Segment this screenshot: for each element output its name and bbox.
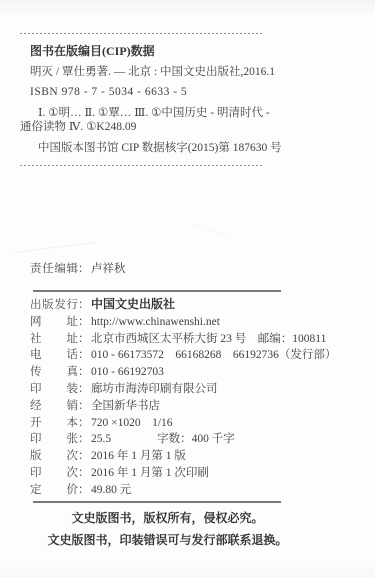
colophon-row-publisher: 出版发行 ： 中国文史出版社 (30, 296, 336, 314)
colon-separator: ： (78, 261, 89, 278)
copyright-notices: 文史版图书，版权所有，侵权必究。 文史版图书，印装错误可与发行部联系退换。 (20, 508, 315, 551)
colophon-label: 网址 (30, 314, 78, 331)
colophon-row-price: 定价 ： 49.80 元 (30, 482, 336, 499)
cip-content: 图书在版编目(CIP)数据 明灭 / 覃仕勇著. — 北京 : 中国文史出版社,… (20, 34, 264, 165)
colophon-block: 出版发行 ： 中国文史出版社 网址 ： http://www.chinawens… (30, 296, 336, 499)
colon-separator: ： (78, 465, 89, 482)
colon-separator: ： (78, 415, 89, 432)
colophon-row-printer: 印装 ： 廊坊市海涛印刷有限公司 (30, 381, 336, 398)
scan-crease (12, 242, 96, 253)
colophon-value: 北京市西城区太平桥大街 23 号 邮编：100811 (91, 331, 326, 348)
colophon-label: 出版发行 (30, 297, 78, 314)
colon-separator: ： (78, 314, 89, 331)
colophon-row-edition: 版次 ： 2016 年 1 月第 1 版 (30, 448, 336, 465)
copyright-notice: 文史版图书，版权所有，侵权必究。 (20, 508, 315, 530)
colon-separator: ： (78, 347, 89, 364)
colophon-value: 中国文史出版社 (91, 296, 175, 313)
colophon-label: 传真 (30, 364, 78, 381)
returns-notice: 文史版图书，印装错误可与发行部联系退换。 (20, 530, 315, 552)
cip-title-line: 明灭 / 覃仕勇著. — 北京 : 中国文史出版社,2016.1 (30, 65, 264, 79)
cip-data-block: 图书在版编目(CIP)数据 明灭 / 覃仕勇著. — 北京 : 中国文史出版社,… (20, 33, 264, 166)
cip-classification-line-continued: 通俗读物 Ⅳ. ①K248.09 (20, 120, 264, 134)
colophon-label: 定价 (30, 482, 78, 499)
colophon-row-sheets: 印张 ： 25.5 字数：400 千字 (30, 431, 336, 448)
scanned-book-page: 图书在版编目(CIP)数据 明灭 / 覃仕勇著. — 北京 : 中国文史出版社,… (0, 0, 375, 577)
colophon-value: http://www.chinawenshi.net (91, 314, 220, 331)
colophon-row-printing: 印次 ： 2016 年 1 月第 1 次印刷 (30, 465, 336, 482)
colophon-value: 720 ×1020 1/16 (91, 415, 173, 432)
colon-separator: ： (78, 482, 89, 499)
colophon-label: 开本 (30, 415, 78, 432)
colophon-label: 社址 (30, 331, 78, 348)
colophon-value: 2016 年 1 月第 1 次印刷 (91, 465, 209, 482)
cip-record-number-line: 中国版本图书馆 CIP 数据核字(2015)第 187630 号 (38, 141, 264, 155)
colophon-value: 010 - 66173572 66168268 66192736（发行部） (91, 347, 336, 364)
colophon-value: 25.5 字数：400 千字 (91, 431, 235, 448)
colophon-row-address: 社址 ： 北京市西城区太平桥大街 23 号 邮编：100811 (30, 331, 336, 348)
colophon-row-phone: 电话 ： 010 - 66173572 66168268 66192736（发行… (30, 347, 336, 364)
colophon-label: 电话 (30, 347, 78, 364)
colon-separator: ： (78, 364, 89, 381)
colon-separator: ： (78, 297, 89, 314)
colophon-row-website: 网址 ： http://www.chinawenshi.net (30, 314, 336, 331)
cip-heading: 图书在版编目(CIP)数据 (30, 43, 264, 59)
colophon-label: 印装 (30, 381, 78, 398)
colophon-row-format: 开本 ： 720 ×1020 1/16 (30, 415, 336, 432)
scan-crease (191, 224, 229, 237)
colophon-row-fax: 传真 ： 010 - 66192703 (30, 364, 336, 381)
colon-separator: ： (78, 398, 89, 415)
colon-separator: ： (78, 331, 89, 348)
colophon-value: 49.80 元 (91, 482, 131, 499)
divider-line-top (33, 290, 281, 292)
colon-separator: ： (78, 431, 89, 448)
colophon-value: 全国新华书店 (91, 398, 160, 415)
colophon-value: 廊坊市海涛印刷有限公司 (91, 381, 218, 398)
colophon-value: 2016 年 1 月第 1 版 (91, 448, 186, 465)
cip-classification-line: Ⅰ. ①明… Ⅱ. ①覃… Ⅲ. ①中国历史 - 明清时代 - (38, 106, 264, 120)
colophon-row-distributor: 经销 ： 全国新华书店 (30, 398, 336, 415)
colon-separator: ： (78, 381, 89, 398)
editor-value: 卢祥秋 (91, 261, 126, 278)
divider-line-bottom (33, 501, 281, 503)
cip-isbn-line: ISBN 978 - 7 - 5034 - 6633 - 5 (30, 85, 264, 99)
colophon-value: 010 - 66192703 (91, 364, 164, 381)
colophon-label: 版次 (30, 448, 78, 465)
colophon-label: 印张 (30, 431, 78, 448)
cip-bottom-dashed-divider (20, 165, 264, 166)
colophon-label: 经销 (30, 398, 78, 415)
colophon-label: 印次 (30, 465, 78, 482)
editor-row: 责任编辑 ： 卢祥秋 (30, 261, 126, 278)
colon-separator: ： (78, 448, 89, 465)
editor-label: 责任编辑 (30, 261, 78, 278)
